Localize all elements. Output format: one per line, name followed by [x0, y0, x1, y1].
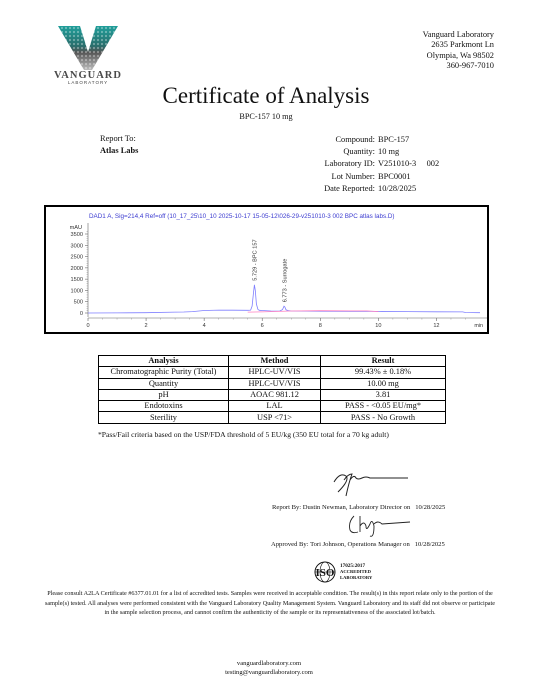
table-footnote: *Pass/Fail criteria based on the USP/FDA…: [98, 430, 389, 439]
email-link[interactable]: testing@vanguardlaboratory.com: [0, 669, 538, 678]
iso-laboratory: LABORATORY: [340, 575, 372, 580]
table-cell: HPLC-UV/VIS: [229, 378, 321, 389]
detail-row: Compound:BPC-157: [270, 134, 439, 146]
table-cell: pH: [99, 389, 229, 400]
disclaimer-text: Please consult A2LA Certificate #6377.01…: [44, 589, 496, 618]
sample-details: Compound:BPC-157Quantity:10 mgLaboratory…: [270, 134, 439, 195]
lab-city: Olympia, Wa 98502: [423, 51, 494, 61]
svg-text:5.729 - BPC 157: 5.729 - BPC 157: [252, 239, 258, 280]
table-cell: 99.43% ± 0.18%: [321, 367, 446, 378]
chromatogram-plot: DAD1 A, Sig=214,4 Ref=off (10_17_25\10_1…: [46, 207, 487, 332]
table-cell: USP <71>: [229, 412, 321, 423]
table-cell: 10.00 mg: [321, 378, 446, 389]
table-cell: LAL: [229, 401, 321, 412]
lab-phone: 360-967-7010: [423, 61, 494, 71]
column-header: Method: [229, 356, 321, 367]
svg-text:mAU: mAU: [70, 225, 82, 231]
detail-row: Lot Number:BPC0001: [270, 171, 439, 183]
detail-key: Date Reported:: [270, 183, 378, 195]
detail-value: BPC0001: [378, 171, 411, 183]
detail-key: Laboratory ID:: [270, 158, 378, 170]
svg-text:12: 12: [433, 323, 439, 329]
results-table: AnalysisMethodResult Chromatographic Pur…: [98, 355, 446, 424]
detail-value: BPC-157: [378, 134, 409, 146]
iso-accreditation-badge: ISO 17025:2017 ACCREDITED LABORATORY: [312, 561, 372, 583]
column-header: Analysis: [99, 356, 229, 367]
report-by-line: Report By: Dustin Newman, Laboratory Dir…: [272, 504, 445, 511]
svg-text:0: 0: [80, 311, 83, 317]
table-row: SterilityUSP <71>PASS - No Growth: [99, 412, 446, 423]
iso-accredited: ACCREDITED: [340, 569, 372, 574]
director-signature-icon: [330, 468, 410, 503]
detail-key: Compound:: [270, 134, 378, 146]
chart-title: DAD1 A, Sig=214,4 Ref=off (10_17_25\10_1…: [89, 213, 395, 220]
detail-row: Quantity:10 mg: [270, 146, 439, 158]
table-cell: AOAC 981.12: [229, 389, 321, 400]
results-header-row: AnalysisMethodResult: [99, 356, 446, 367]
manager-signature-icon: [346, 512, 416, 543]
svg-text:6.773 - Surrogate: 6.773 - Surrogate: [283, 259, 289, 303]
table-cell: PASS - <0.05 EU/mg*: [321, 401, 446, 412]
svg-text:min: min: [474, 323, 483, 329]
svg-text:0: 0: [86, 323, 89, 329]
report-to-name: Atlas Labs: [100, 146, 138, 155]
svg-text:3500: 3500: [71, 232, 83, 238]
website-link[interactable]: vanguardlaboratory.com: [0, 660, 538, 669]
table-row: pHAOAC 981.123.81: [99, 389, 446, 400]
svg-text:2: 2: [145, 323, 148, 329]
table-cell: Chromatographic Purity (Total): [99, 367, 229, 378]
table-row: Chromatographic Purity (Total)HPLC-UV/VI…: [99, 367, 446, 378]
detail-key: Quantity:: [270, 146, 378, 158]
svg-text:2000: 2000: [71, 266, 83, 272]
table-row: EndotoxinsLALPASS - <0.05 EU/mg*: [99, 401, 446, 412]
svg-text:6: 6: [261, 323, 264, 329]
table-cell: Sterility: [99, 412, 229, 423]
lab-street: 2635 Parkmont Ln: [423, 40, 494, 50]
detail-value: 10 mg: [378, 146, 399, 158]
page-title: Certificate of Analysis: [0, 83, 532, 109]
column-header: Result: [321, 356, 446, 367]
lab-address: Vanguard Laboratory 2635 Parkmont Ln Oly…: [423, 30, 494, 71]
table-row: QuantityHPLC-UV/VIS10.00 mg: [99, 378, 446, 389]
detail-value: V251010-3 002: [378, 158, 439, 170]
detail-value: 10/28/2025: [378, 183, 416, 195]
report-to-label: Report To:: [100, 134, 136, 143]
approved-by-line: Approved By: Tori Johnson, Operations Ma…: [271, 541, 445, 548]
svg-text:500: 500: [74, 300, 83, 306]
footer: vanguardlaboratory.com testing@vanguardl…: [0, 660, 538, 678]
svg-text:10: 10: [375, 323, 381, 329]
svg-text:4: 4: [203, 323, 206, 329]
table-cell: 3.81: [321, 389, 446, 400]
table-cell: PASS - No Growth: [321, 412, 446, 423]
iso-text: 17025:2017 ACCREDITED LABORATORY: [340, 564, 372, 580]
chromatogram: DAD1 A, Sig=214,4 Ref=off (10_17_25\10_1…: [44, 205, 489, 334]
detail-row: Date Reported:10/28/2025: [270, 183, 439, 195]
lab-name: Vanguard Laboratory: [423, 30, 494, 40]
table-cell: HPLC-UV/VIS: [229, 367, 321, 378]
svg-text:2500: 2500: [71, 255, 83, 261]
iso-globe-icon: ISO: [312, 561, 338, 583]
svg-text:1000: 1000: [71, 288, 83, 294]
svg-text:ISO: ISO: [316, 567, 335, 579]
page-subtitle: BPC-157 10 mg: [0, 112, 532, 121]
detail-row: Laboratory ID:V251010-3 002: [270, 158, 439, 170]
svg-text:3000: 3000: [71, 243, 83, 249]
detail-key: Lot Number:: [270, 171, 378, 183]
table-cell: Quantity: [99, 378, 229, 389]
svg-text:8: 8: [319, 323, 322, 329]
table-cell: Endotoxins: [99, 401, 229, 412]
svg-text:1500: 1500: [71, 277, 83, 283]
